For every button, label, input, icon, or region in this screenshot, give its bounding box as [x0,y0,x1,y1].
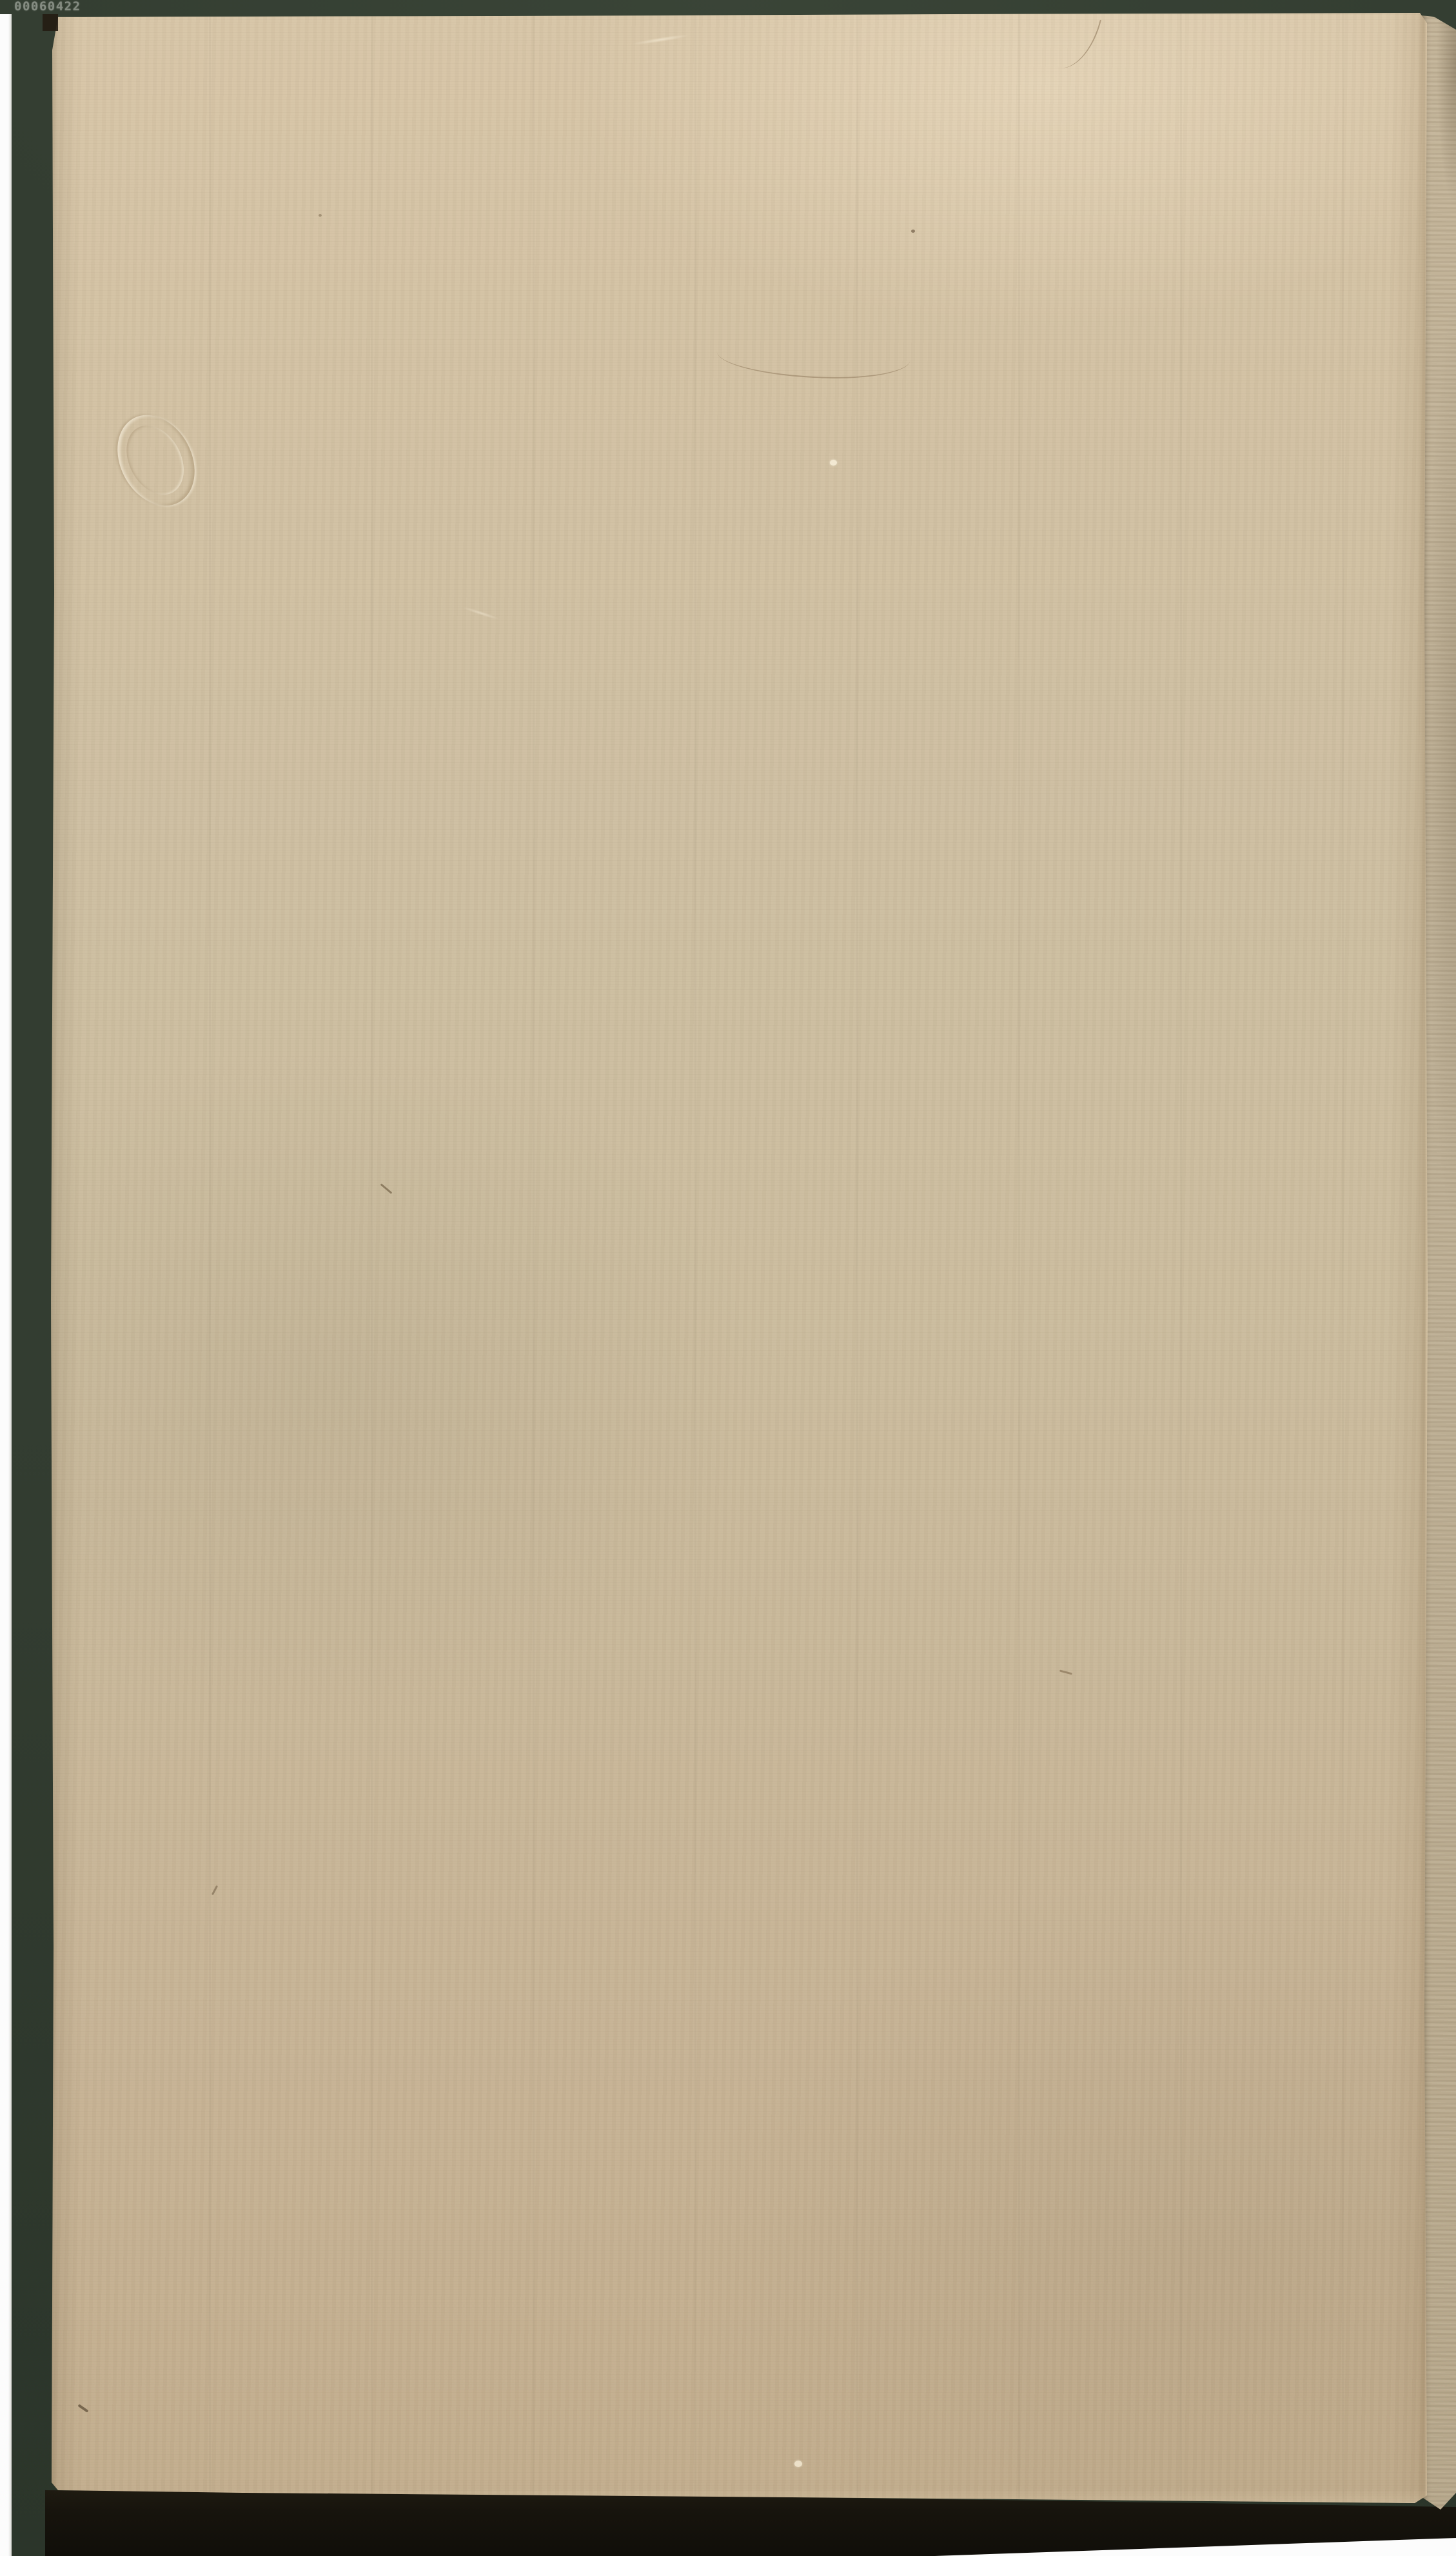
paper-scuff-middle [462,605,500,621]
page-corner-shadow-notch [43,14,58,31]
paper-fiber-speck [911,230,915,233]
blind-embossed-stamp-inner-ring [115,415,195,504]
scanner-bed-left-strip [0,14,12,2556]
paper-light-fleck [794,2461,802,2467]
paper-fiber-speck [1059,1669,1072,1675]
paper-fiber-speck [380,1183,393,1194]
scanned-book-spread: 00060422 [0,0,1456,2556]
blind-embossed-stamp [103,402,210,519]
paper-scuff-top [632,33,690,46]
paper-crease-top [1058,13,1101,75]
paper-light-fleck [830,460,837,466]
paper-fiber-speck [212,1885,218,1896]
scan-id-watermark: 00060422 [14,1,81,13]
paper-dark-fleck [319,214,322,217]
blank-page [49,12,1428,2506]
paper-crease-middle [716,351,910,381]
paper-fiber-speck [77,2404,88,2413]
